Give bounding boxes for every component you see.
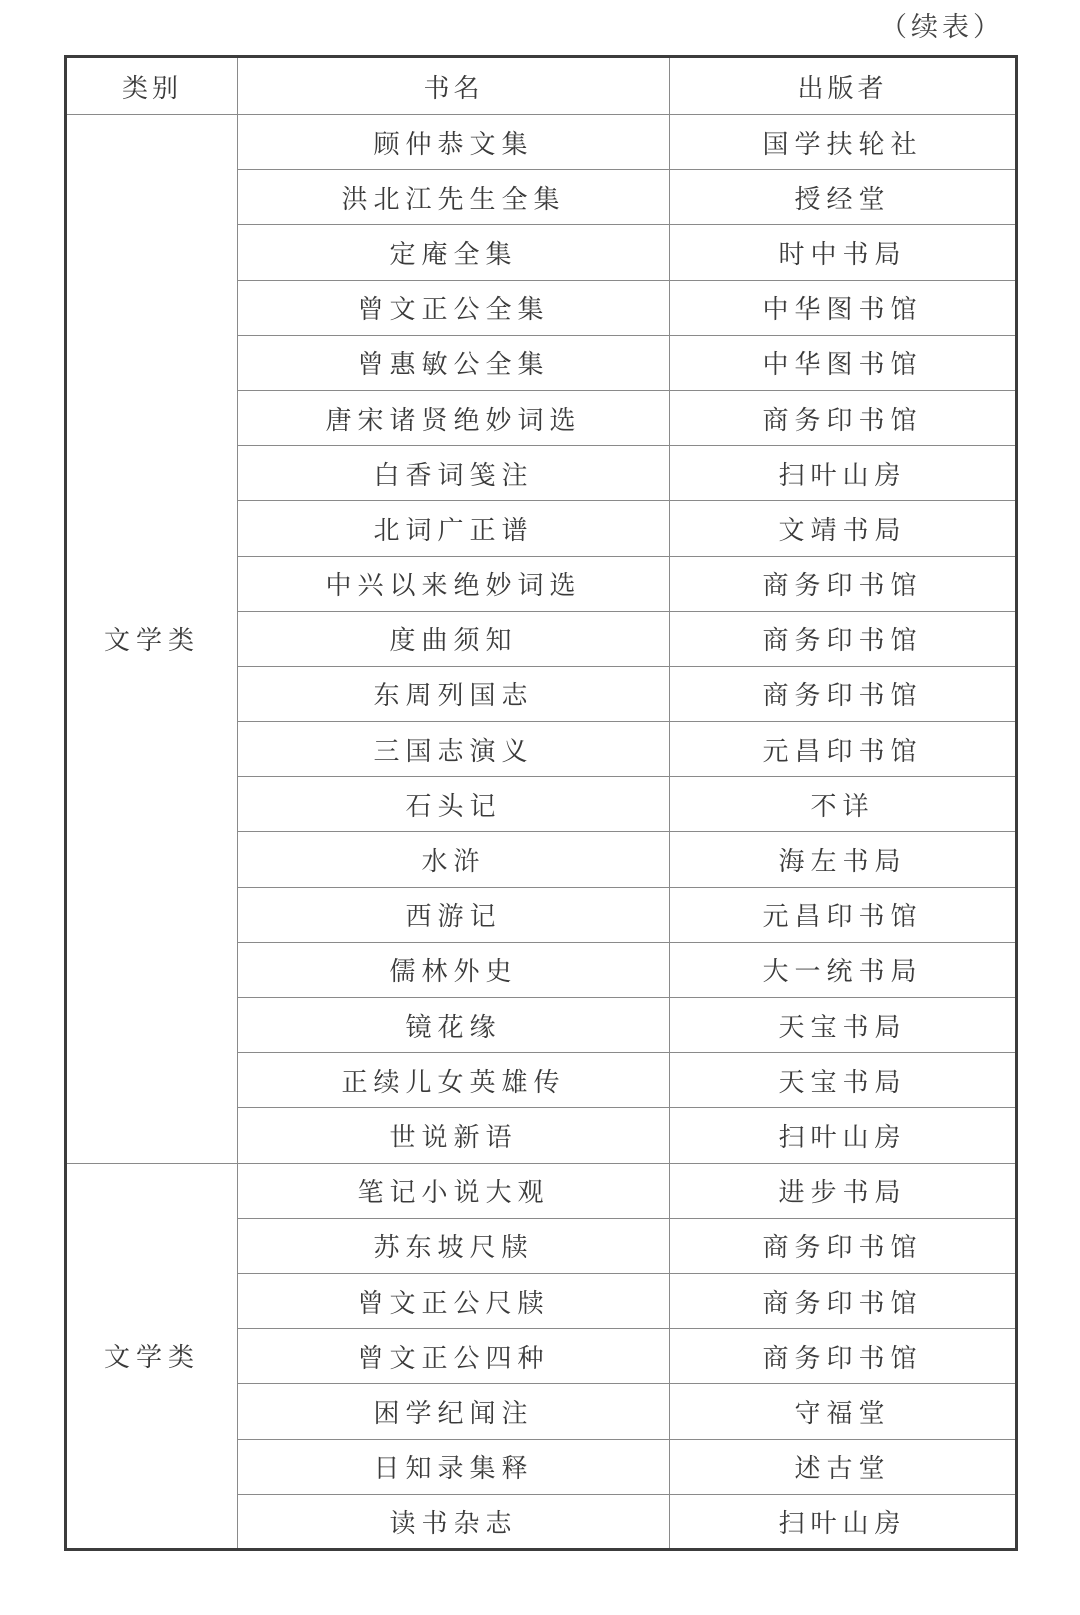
book-title-cell: 读书杂志 <box>238 1494 670 1549</box>
publisher-cell: 守福堂 <box>670 1384 1017 1439</box>
table-body: 文学类顾仲恭文集国学扶轮社洪北江先生全集授经堂定庵全集时中书局曾文正公全集中华图… <box>66 115 1017 1550</box>
publisher-cell: 扫叶山房 <box>670 1108 1017 1163</box>
book-title-cell: 曾文正公四种 <box>238 1329 670 1384</box>
book-title-cell: 曾惠敏公全集 <box>238 335 670 390</box>
publisher-cell: 不详 <box>670 777 1017 832</box>
book-title-cell: 定庵全集 <box>238 225 670 280</box>
book-title-cell: 曾文正公尺牍 <box>238 1273 670 1328</box>
publisher-cell: 中华图书馆 <box>670 335 1017 390</box>
book-title-cell: 度曲须知 <box>238 611 670 666</box>
book-title-cell: 洪北江先生全集 <box>238 170 670 225</box>
publisher-cell: 商务印书馆 <box>670 611 1017 666</box>
publisher-cell: 元昌印书馆 <box>670 887 1017 942</box>
publisher-cell: 元昌印书馆 <box>670 722 1017 777</box>
book-title-cell: 东周列国志 <box>238 666 670 721</box>
publisher-cell: 海左书局 <box>670 832 1017 887</box>
publisher-cell: 扫叶山房 <box>670 446 1017 501</box>
publisher-cell: 商务印书馆 <box>670 390 1017 445</box>
table-row: 文学类顾仲恭文集国学扶轮社 <box>66 115 1017 170</box>
book-title-cell: 日知录集释 <box>238 1439 670 1494</box>
book-title-cell: 笔记小说大观 <box>238 1163 670 1218</box>
category-cell: 文学类 <box>66 115 238 1164</box>
publisher-cell: 扫叶山房 <box>670 1494 1017 1549</box>
publisher-cell: 文靖书局 <box>670 501 1017 556</box>
book-title-cell: 唐宋诸贤绝妙词选 <box>238 390 670 445</box>
header-category: 类别 <box>66 57 238 115</box>
publisher-cell: 商务印书馆 <box>670 666 1017 721</box>
publisher-cell: 时中书局 <box>670 225 1017 280</box>
publisher-cell: 大一统书局 <box>670 942 1017 997</box>
publisher-cell: 商务印书馆 <box>670 1273 1017 1328</box>
header-publisher: 出版者 <box>670 57 1017 115</box>
book-title-cell: 正续儿女英雄传 <box>238 1053 670 1108</box>
publisher-cell: 述古堂 <box>670 1439 1017 1494</box>
book-title-cell: 世说新语 <box>238 1108 670 1163</box>
book-title-cell: 西游记 <box>238 887 670 942</box>
book-title-cell: 中兴以来绝妙词选 <box>238 556 670 611</box>
book-title-cell: 石头记 <box>238 777 670 832</box>
book-title-cell: 白香词笺注 <box>238 446 670 501</box>
publisher-cell: 国学扶轮社 <box>670 115 1017 170</box>
publisher-cell: 进步书局 <box>670 1163 1017 1218</box>
publisher-cell: 商务印书馆 <box>670 1218 1017 1273</box>
publisher-cell: 天宝书局 <box>670 998 1017 1053</box>
book-title-cell: 顾仲恭文集 <box>238 115 670 170</box>
category-cell: 文学类 <box>66 1163 238 1549</box>
continued-table-label: （续表） <box>880 6 1000 50</box>
publisher-cell: 商务印书馆 <box>670 556 1017 611</box>
book-title-cell: 镜花缘 <box>238 998 670 1053</box>
book-title-cell: 水浒 <box>238 832 670 887</box>
table-header-row: 类别 书名 出版者 <box>66 57 1017 115</box>
book-title-cell: 苏东坡尺牍 <box>238 1218 670 1273</box>
book-title-cell: 困学纪闻注 <box>238 1384 670 1439</box>
table-row: 文学类笔记小说大观进步书局 <box>66 1163 1017 1218</box>
publisher-cell: 中华图书馆 <box>670 280 1017 335</box>
book-list-table: 类别 书名 出版者 文学类顾仲恭文集国学扶轮社洪北江先生全集授经堂定庵全集时中书… <box>64 55 1018 1551</box>
publisher-cell: 天宝书局 <box>670 1053 1017 1108</box>
book-title-cell: 曾文正公全集 <box>238 280 670 335</box>
book-title-cell: 三国志演义 <box>238 722 670 777</box>
header-title: 书名 <box>238 57 670 115</box>
book-title-cell: 北词广正谱 <box>238 501 670 556</box>
book-title-cell: 儒林外史 <box>238 942 670 997</box>
publisher-cell: 授经堂 <box>670 170 1017 225</box>
publisher-cell: 商务印书馆 <box>670 1329 1017 1384</box>
